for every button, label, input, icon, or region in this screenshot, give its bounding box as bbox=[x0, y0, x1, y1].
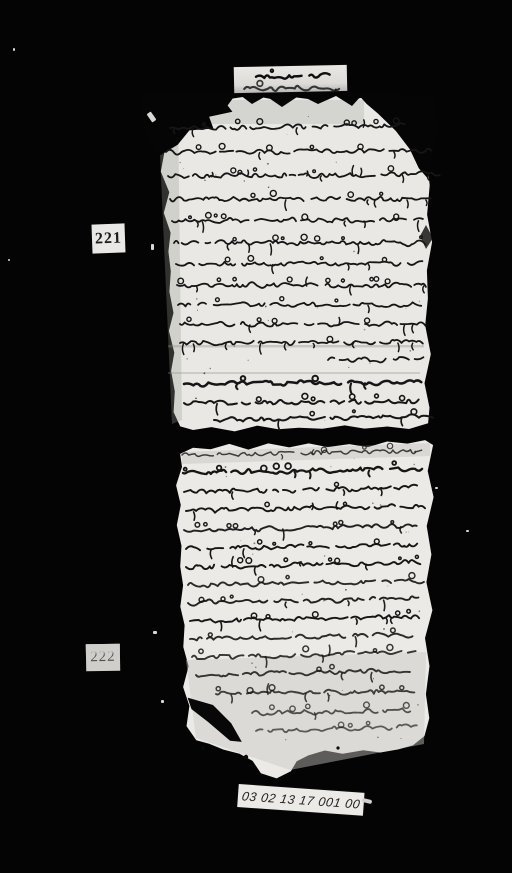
dust-speck bbox=[161, 700, 164, 703]
page-number-tag-221: 221 bbox=[92, 223, 126, 253]
caption-handwriting bbox=[234, 65, 348, 93]
page-number-tag-222: 222 bbox=[86, 644, 120, 672]
microfilm-frame: 221 222 03 02 13 17 001 00 bbox=[0, 0, 512, 873]
manuscript-photo bbox=[0, 0, 512, 873]
caption-label bbox=[234, 65, 348, 93]
dust-speck bbox=[8, 259, 10, 261]
dust-speck bbox=[466, 530, 469, 532]
fade-overlay bbox=[86, 644, 120, 657]
page-number-221: 221 bbox=[95, 230, 123, 248]
film-code-text: 03 02 13 17 001 00 bbox=[240, 789, 361, 811]
dust-speck bbox=[151, 244, 154, 250]
dust-speck bbox=[13, 48, 15, 51]
dust-speck bbox=[153, 631, 157, 634]
dust-speck bbox=[435, 487, 438, 489]
